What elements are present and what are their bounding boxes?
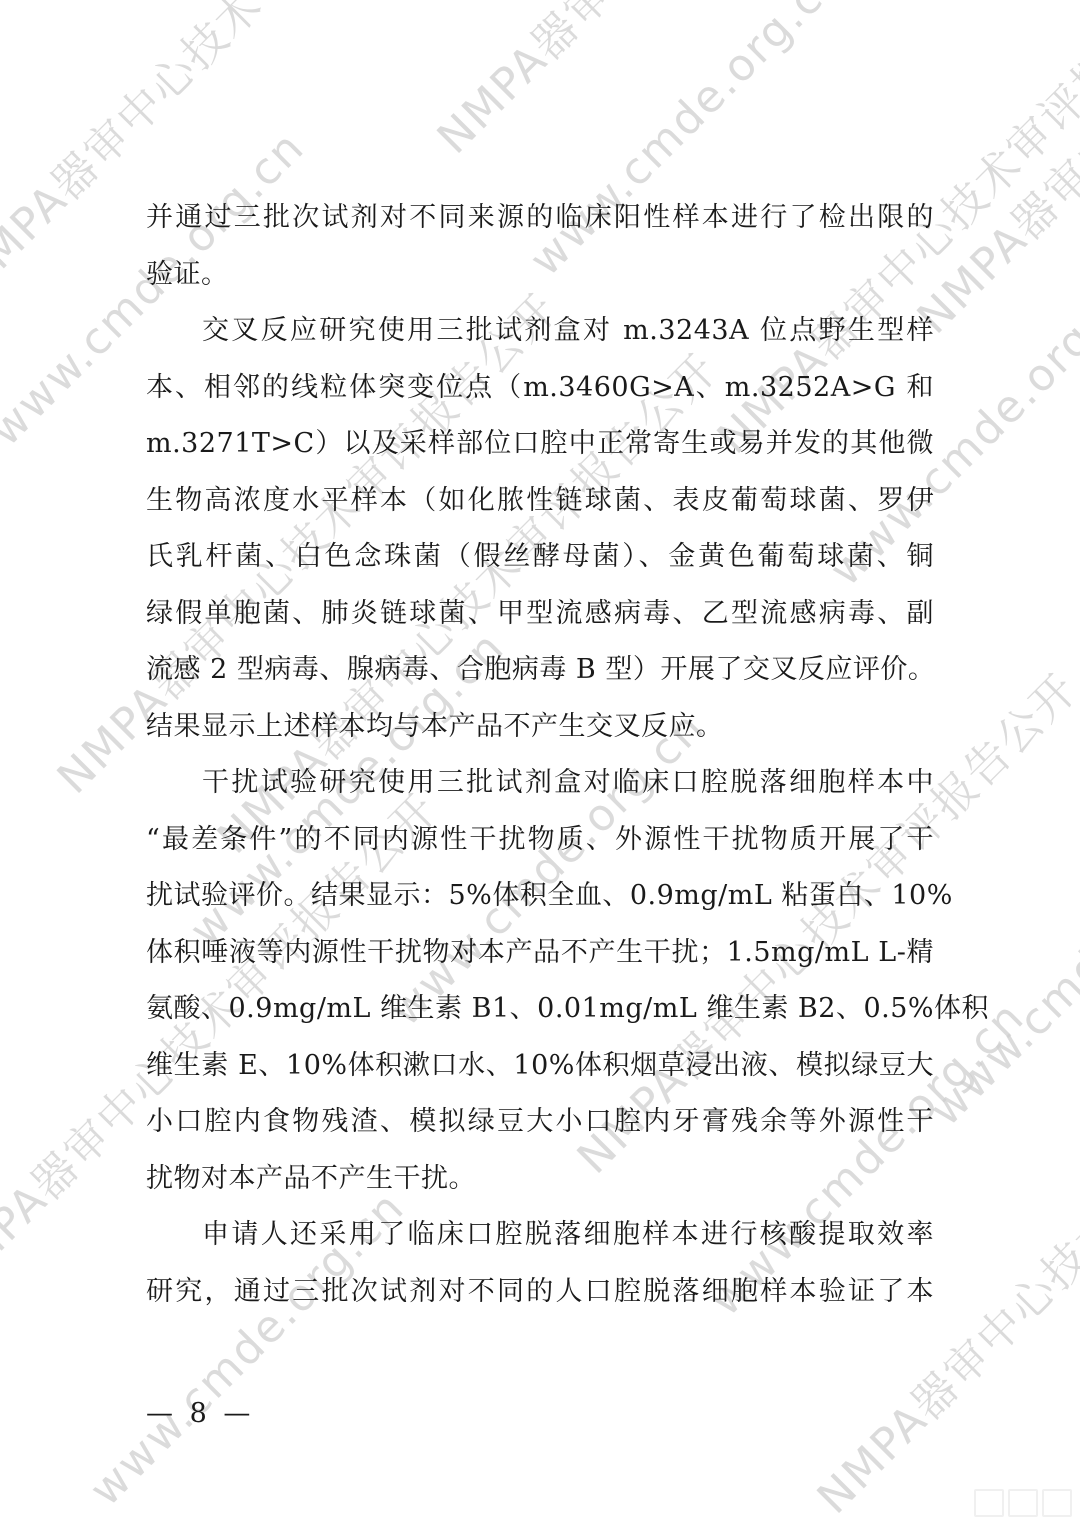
text-line: 交叉反应研究使用三批试剂盒对 m.3243A 位点野生型样: [146, 303, 934, 360]
text-line: 结果显示上述样本均与本产品不产生交叉反应。: [146, 699, 934, 756]
text-line: 申请人还采用了临床口腔脱落细胞样本进行核酸提取效率: [146, 1207, 934, 1264]
paragraph-extraction-efficiency: 申请人还采用了临床口腔脱落细胞样本进行核酸提取效率 研究，通过三批次试剂对不同的…: [146, 1207, 934, 1320]
text-line: 小口腔内食物残渣、模拟绿豆大小口腔内牙膏残余等外源性干: [146, 1094, 934, 1151]
paragraph-interference: 干扰试验研究使用三批试剂盒对临床口腔脱落细胞样本中 “最差条件”的不同内源性干扰…: [146, 755, 934, 1207]
text-line: 研究，通过三批次试剂对不同的人口腔脱落细胞样本验证了本: [146, 1264, 934, 1321]
text-line: 维生素 E、10%体积漱口水、10%体积烟草浸出液、模拟绿豆大: [146, 1038, 934, 1095]
corner-logo-icon: [964, 1486, 1072, 1520]
text-line: 验证。: [146, 247, 934, 304]
text-line: 体积唾液等内源性干扰物对本产品不产生干扰；1.5mg/mL L-精: [146, 925, 934, 982]
paragraph-cross-reactivity: 交叉反应研究使用三批试剂盒对 m.3243A 位点野生型样 本、相邻的线粒体突变…: [146, 303, 934, 755]
logo-block-icon: [1042, 1489, 1072, 1517]
text-line: 生物高浓度水平样本（如化脓性链球菌、表皮葡萄球菌、罗伊: [146, 473, 934, 530]
text-line: 氨酸、0.9mg/mL 维生素 B1、0.01mg/mL 维生素 B2、0.5%…: [146, 981, 934, 1038]
logo-block-icon: [1008, 1489, 1038, 1517]
watermark-text: NMPA器审中心技术审评报告公开: [420, 0, 949, 165]
text-line: 并通过三批次试剂对不同来源的临床阳性样本进行了检出限的: [146, 190, 934, 247]
page-number: — 8 —: [146, 1398, 254, 1429]
text-line: “最差条件”的不同内源性干扰物质、外源性干扰物质开展了干: [146, 812, 934, 869]
text-line: 氏乳杆菌、白色念珠菌（假丝酵母菌）、金黄色葡萄球菌、铜: [146, 529, 934, 586]
text-line: 干扰试验研究使用三批试剂盒对临床口腔脱落细胞样本中: [146, 755, 934, 812]
text-line: 流感 2 型病毒、腺病毒、合胞病毒 B 型）开展了交叉反应评价。: [146, 642, 934, 699]
watermark-url: www.cmde.org.cn: [920, 801, 1080, 1136]
document-body: 并通过三批次试剂对不同来源的临床阳性样本进行了检出限的 验证。 交叉反应研究使用…: [146, 190, 934, 1320]
text-line: 扰物对本产品不产生干扰。: [146, 1151, 934, 1208]
text-line: 本、相邻的线粒体突变位点（m.3460G>A、m.3252A>G 和: [146, 360, 934, 417]
text-line: 绿假单胞菌、肺炎链球菌、甲型流感病毒、乙型流感病毒、副: [146, 586, 934, 643]
text-line: m.3271T>C）以及采样部位口腔中正常寄生或易并发的其他微: [146, 416, 934, 473]
text-line: 扰试验评价。结果显示：5%体积全血、0.9mg/mL 粘蛋白、10%: [146, 868, 934, 925]
logo-block-icon: [974, 1489, 1004, 1517]
paragraph-lod-verification: 并通过三批次试剂对不同来源的临床阳性样本进行了检出限的 验证。: [146, 190, 934, 303]
